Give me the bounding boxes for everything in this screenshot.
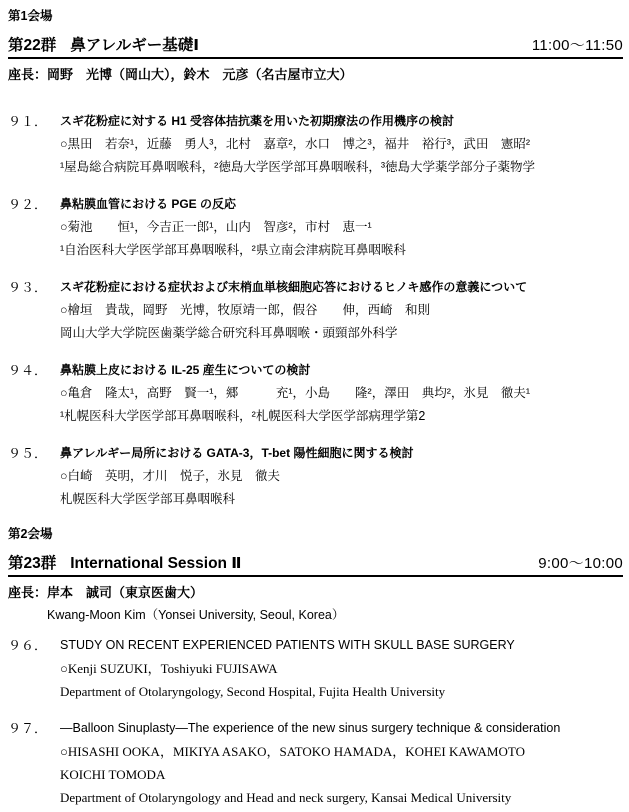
paper-affiliation: 岡山大学大学院医歯薬学総合研究科耳鼻咽喉・頭頸部外科学 xyxy=(60,322,623,345)
paper-entry-92: ９２． 鼻粘膜血管における PGE の反応 ○菊池 恒¹，今吉正一郎¹，山内 智… xyxy=(8,193,623,262)
session-title: 鼻アレルギー基礎Ⅰ xyxy=(70,33,199,55)
paper-affiliation: ¹自治医科大学医学部耳鼻咽喉科，²県立南会津病院耳鼻咽喉科 xyxy=(60,239,623,262)
paper-head: ９５． 鼻アレルギー局所における GATA-3，T-bet 陽性細胞に関する検討 xyxy=(8,442,623,465)
paper-entry-95: ９５． 鼻アレルギー局所における GATA-3，T-bet 陽性細胞に関する検討… xyxy=(8,442,623,511)
session-chairs: 座長：岡野 光博（岡山大），鈴木 元彦（名古屋市立大） xyxy=(8,66,623,84)
paper-head: ９７． ―Balloon Sinuplasty―The experience o… xyxy=(8,717,623,740)
paper-affiliation: ¹札幌医科大学医学部耳鼻咽喉科，²札幌医科大学医学部病理学第2 xyxy=(60,405,623,428)
paper-number: ９２． xyxy=(8,193,60,216)
paper-affiliation: Department of Otolaryngology and Head an… xyxy=(60,786,623,809)
paper-authors: ○亀倉 隆太¹，高野 賢一¹，郷 充¹，小島 隆²，澤田 典均²，氷見 徹夫¹ xyxy=(60,382,623,405)
paper-authors: ○Kenji SUZUKI，Toshiyuki FUJISAWA xyxy=(60,657,623,680)
session-title: International Session Ⅱ xyxy=(70,554,241,573)
paper-title: STUDY ON RECENT EXPERIENCED PATIENTS WIT… xyxy=(60,634,515,657)
paper-entry-94: ９４． 鼻粘膜上皮における IL-25 産生についての検討 ○亀倉 隆太¹，高野… xyxy=(8,359,623,428)
session-group-number: 第23群 xyxy=(8,551,56,573)
paper-authors: ○HISASHI OOKA，MIKIYA ASAKO，SATOKO HAMADA… xyxy=(60,740,623,763)
paper-title: 鼻粘膜血管における PGE の反応 xyxy=(60,193,236,216)
conference-program-page: 第1会場 第22群 鼻アレルギー基礎Ⅰ 11:00〜11:50 座長：岡野 光博… xyxy=(0,0,629,812)
session-chairs: 座長：岸本 誠司（東京医歯大） xyxy=(8,584,623,602)
paper-number: ９１． xyxy=(8,110,60,133)
paper-number: ９４． xyxy=(8,359,60,382)
paper-entry-97: ９７． ―Balloon Sinuplasty―The experience o… xyxy=(8,717,623,809)
paper-entry-96: ９６． STUDY ON RECENT EXPERIENCED PATIENTS… xyxy=(8,634,623,703)
paper-affiliation: Department of Otolaryngology, Second Hos… xyxy=(60,680,623,703)
paper-number: ９６． xyxy=(8,634,60,657)
venue-2-section: 第2会場 第23群 International Session Ⅱ 9:00〜1… xyxy=(8,525,623,809)
session-23-header: 第23群 International Session Ⅱ 9:00〜10:00 xyxy=(8,551,623,577)
paper-entry-93: ９３． スギ花粉症における症状および末梢血単核細胞応答におけるヒノキ感作の意義に… xyxy=(8,276,623,345)
paper-head: ９６． STUDY ON RECENT EXPERIENCED PATIENTS… xyxy=(8,634,623,657)
paper-title: スギ花粉症における症状および末梢血単核細胞応答におけるヒノキ感作の意義について xyxy=(60,276,527,299)
session-group-number: 第22群 xyxy=(8,33,56,55)
venue-1-label: 第1会場 xyxy=(8,7,623,25)
paper-affiliation: 札幌医科大学医学部耳鼻咽喉科 xyxy=(60,488,623,511)
paper-authors: ○菊池 恒¹，今吉正一郎¹，山内 智彦²，市村 恵一¹ xyxy=(60,216,623,239)
paper-authors: ○黒田 若奈¹，近藤 勇人³，北村 嘉章²，水口 博之³，福井 裕行³，武田 憲… xyxy=(60,133,623,156)
paper-title: スギ花粉症に対する H1 受容体拮抗薬を用いた初期療法の作用機序の検討 xyxy=(60,110,454,133)
paper-authors: ○白崎 英明，才川 悦子，氷見 徹夫 xyxy=(60,465,623,488)
paper-title: 鼻粘膜上皮における IL-25 産生についての検討 xyxy=(60,359,310,382)
paper-head: ９２． 鼻粘膜血管における PGE の反応 xyxy=(8,193,623,216)
session-chairs-line2: Kwang-Moon Kim（Yonsei University, Seoul,… xyxy=(8,606,623,624)
paper-authors: ○檜垣 貴哉，岡野 光博，牧原靖一郎，假谷 伸，西崎 和則 xyxy=(60,299,623,322)
session-time: 11:00〜11:50 xyxy=(532,34,623,55)
paper-list: ９１． スギ花粉症に対する H1 受容体拮抗薬を用いた初期療法の作用機序の検討 … xyxy=(8,110,623,511)
paper-title: ―Balloon Sinuplasty―The experience of th… xyxy=(60,717,560,740)
paper-number: ９５． xyxy=(8,442,60,465)
paper-entry-91: ９１． スギ花粉症に対する H1 受容体拮抗薬を用いた初期療法の作用機序の検討 … xyxy=(8,110,623,179)
paper-affiliation: ¹屋島総合病院耳鼻咽喉科，²徳島大学医学部耳鼻咽喉科，³徳島大学薬学部分子薬物学 xyxy=(60,156,623,179)
paper-number: ９７． xyxy=(8,717,60,740)
paper-list: ９６． STUDY ON RECENT EXPERIENCED PATIENTS… xyxy=(8,634,623,809)
session-22-header: 第22群 鼻アレルギー基礎Ⅰ 11:00〜11:50 xyxy=(8,33,623,59)
paper-authors-line2: KOICHI TOMODA xyxy=(60,763,623,786)
paper-head: ９１． スギ花粉症に対する H1 受容体拮抗薬を用いた初期療法の作用機序の検討 xyxy=(8,110,623,133)
session-time: 9:00〜10:00 xyxy=(538,552,623,573)
venue-1-section: 第1会場 第22群 鼻アレルギー基礎Ⅰ 11:00〜11:50 座長：岡野 光博… xyxy=(8,7,623,511)
venue-2-label: 第2会場 xyxy=(8,525,623,543)
paper-head: ９３． スギ花粉症における症状および末梢血単核細胞応答におけるヒノキ感作の意義に… xyxy=(8,276,623,299)
paper-number: ９３． xyxy=(8,276,60,299)
paper-title: 鼻アレルギー局所における GATA-3，T-bet 陽性細胞に関する検討 xyxy=(60,442,413,465)
paper-head: ９４． 鼻粘膜上皮における IL-25 産生についての検討 xyxy=(8,359,623,382)
